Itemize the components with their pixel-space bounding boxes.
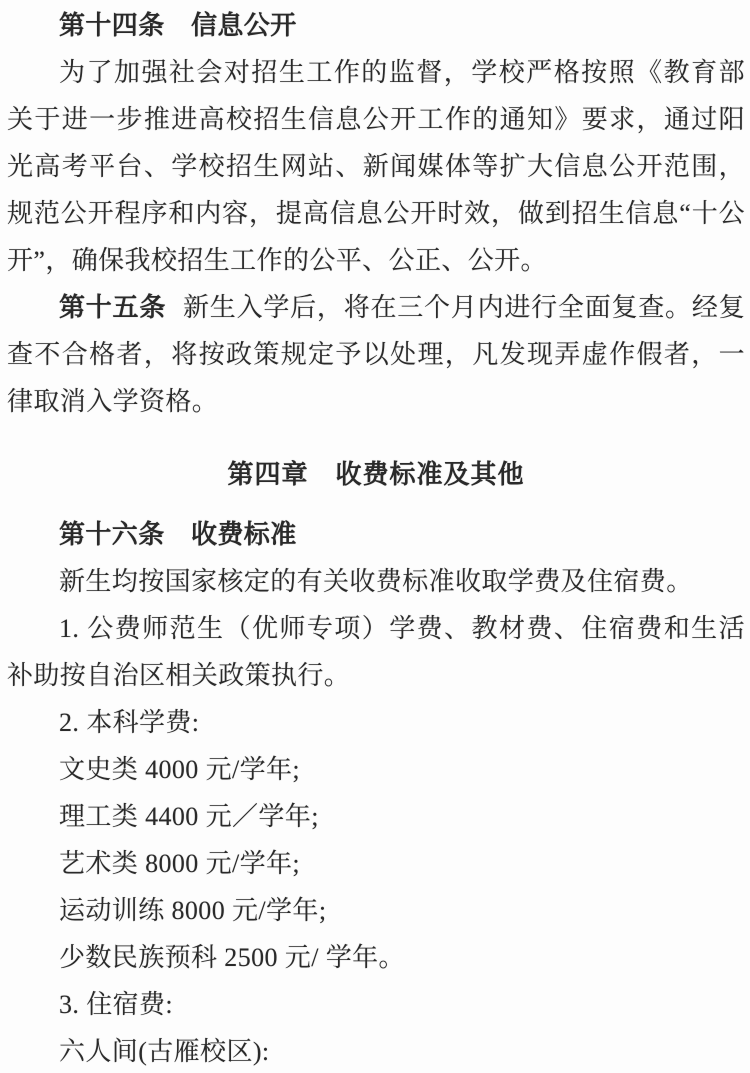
tuition-line-liberal-arts: 文史类 4000 元/学年; xyxy=(7,746,745,793)
document-page: 第十四条 信息公开 为了加强社会对招生工作的监督，学校严格按照《教育部关于进一步… xyxy=(0,0,750,1073)
chapter-4-title: 第四章 收费标准及其他 xyxy=(7,451,745,498)
article-14-heading: 第十四条 信息公开 xyxy=(7,2,745,49)
tuition-line-arts: 艺术类 8000 元/学年; xyxy=(7,840,745,887)
article-14-body: 为了加强社会对招生工作的监督，学校严格按照《教育部关于进一步推进高校招生信息公开… xyxy=(7,49,745,284)
fee-item-2-undergraduate-tuition-label: 2. 本科学费: xyxy=(7,699,745,746)
article-15-label: 第十五条 xyxy=(59,293,166,322)
tuition-line-science-engineering: 理工类 4400 元／学年; xyxy=(7,793,745,840)
article-16-heading: 第十六条 收费标准 xyxy=(7,511,745,558)
tuition-line-minority-preparatory: 少数民族预科 2500 元/ 学年。 xyxy=(7,934,745,981)
fee-intro: 新生均按国家核定的有关收费标准收取学费及住宿费。 xyxy=(7,558,745,605)
fee-item-1-public-teacher-program: 1. 公费师范生（优师专项）学费、教材费、住宿费和生活补助按自治区相关政策执行。 xyxy=(7,605,745,699)
tuition-line-sports-training: 运动训练 8000 元/学年; xyxy=(7,887,745,934)
fee-item-3-accommodation-label: 3. 住宿费: xyxy=(7,981,745,1028)
accommodation-line-six-person-room: 六人间(古雁校区): xyxy=(7,1028,745,1073)
article-15-paragraph: 第十五条新生入学后，将在三个月内进行全面复查。经复查不合格者，将按政策规定予以处… xyxy=(7,284,745,425)
